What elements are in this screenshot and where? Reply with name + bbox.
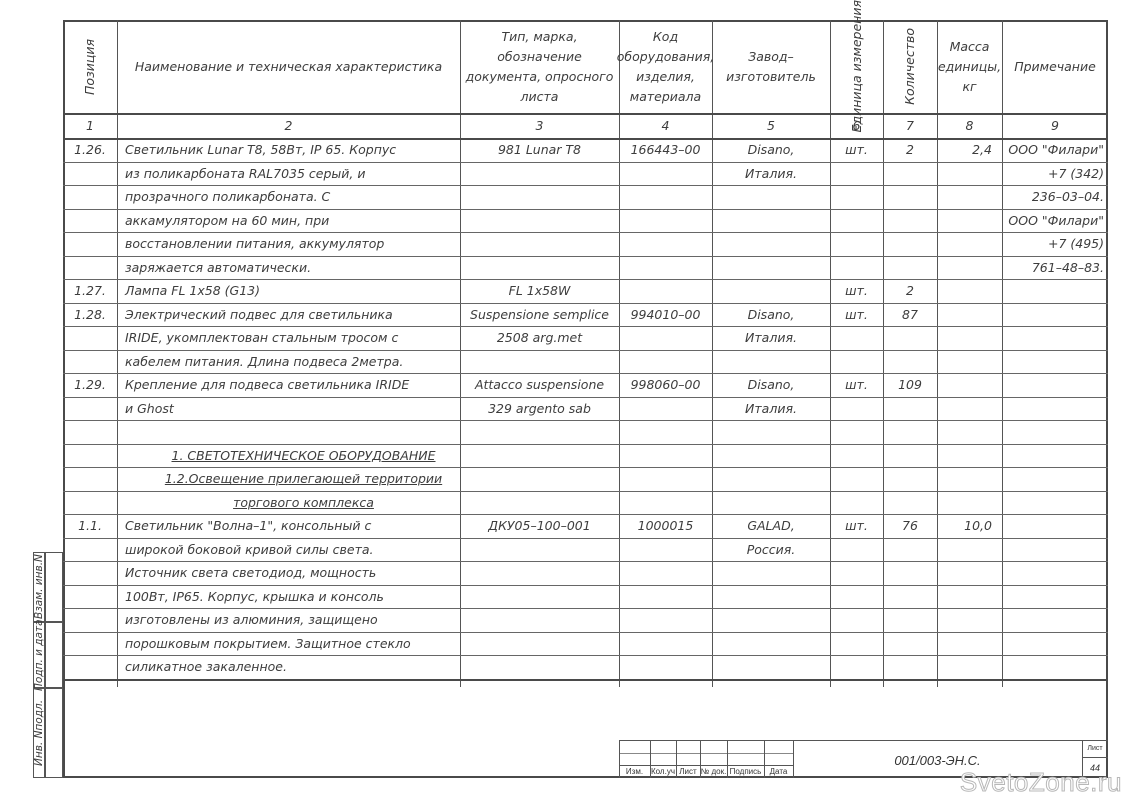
cell-name: 1. СВЕТОТЕХНИЧЕСКОЕ ОБОРУДОВАНИЕ	[117, 444, 460, 468]
side-stamp-value-box	[45, 622, 63, 688]
cell-note: ООО "Филари"	[1002, 209, 1108, 233]
cell-maker: Италия.	[712, 397, 830, 421]
cell-name: Источник света светодиод, мощность	[117, 561, 460, 585]
side-stamp-label: Инв. Nподл.	[33, 688, 45, 778]
cell-type: Suspensione semplice	[460, 303, 619, 327]
column-number: 5	[712, 113, 830, 138]
column-number: 3	[460, 113, 619, 138]
cell-type: 2508 arg.met	[460, 326, 619, 350]
cell-pos: 1.1.	[63, 514, 117, 538]
revision-column-label: Изм.	[619, 765, 650, 778]
revision-column-label: Подпись	[727, 765, 764, 778]
column-header-unit: Единица измерения	[830, 20, 883, 113]
cell-name: Лампа FL 1x58 (G13)	[117, 279, 460, 303]
cell-qty: 2	[883, 138, 937, 162]
column-header-label: Количество	[900, 28, 920, 105]
cell-name: широкой боковой кривой силы света.	[117, 538, 460, 562]
revision-column-label: Кол.уч	[650, 765, 676, 778]
cell-unit: шт.	[830, 514, 883, 538]
cell-maker: Disano,	[712, 303, 830, 327]
column-header-label: Масса единицы, кг	[938, 37, 1001, 97]
row-divider	[63, 420, 1108, 421]
cell-mass: 2,4	[937, 138, 1002, 162]
cell-name: из поликарбоната RAL7035 серый, и	[117, 162, 460, 186]
side-stamp-value-box	[45, 552, 63, 622]
cell-maker: Disano,	[712, 373, 830, 397]
row-divider	[63, 679, 1108, 681]
cell-unit: шт.	[830, 279, 883, 303]
cell-name: 100Вт, IP65. Корпус, крышка и консоль	[117, 585, 460, 609]
cell-name: восстановлении питания, аккумулятор	[117, 232, 460, 256]
column-number: 4	[619, 113, 712, 138]
cell-qty: 109	[883, 373, 937, 397]
cell-maker: Италия.	[712, 326, 830, 350]
cell-name: IRIDE, укомплектован стальным тросом с	[117, 326, 460, 350]
column-number: 7	[883, 113, 937, 138]
cell-name: кабелем питания. Длина подвеса 2метра.	[117, 350, 460, 374]
cell-unit: шт.	[830, 303, 883, 327]
column-number: 8	[937, 113, 1002, 138]
cell-pos: 1.28.	[63, 303, 117, 327]
cell-name: аккамулятором на 60 мин, при	[117, 209, 460, 233]
cell-type: 329 argento sab	[460, 397, 619, 421]
cell-code: 1000015	[619, 514, 712, 538]
cell-name: 1.2.Освещение прилегающей территории	[117, 467, 460, 491]
section-heading: 1.2.Освещение прилегающей территории	[165, 470, 442, 487]
column-header-label: Тип, марка, обозначение документа, опрос…	[463, 27, 616, 107]
cell-type: FL 1x58W	[460, 279, 619, 303]
cell-maker: GALAD,	[712, 514, 830, 538]
cell-type: 981 Lunar T8	[460, 138, 619, 162]
cell-pos: 1.26.	[63, 138, 117, 162]
cell-maker: Италия.	[712, 162, 830, 186]
cell-type: Attacco suspensione	[460, 373, 619, 397]
column-number: 2	[117, 113, 460, 138]
cell-name: изготовлены из алюминия, защищено	[117, 608, 460, 632]
cell-name: заряжается автоматически.	[117, 256, 460, 280]
column-header-mass: Масса единицы, кг	[937, 20, 1002, 113]
cell-qty: 76	[883, 514, 937, 538]
cell-name: Светильник Lunar T8, 58Вт, IP 65. Корпус	[117, 138, 460, 162]
cell-name: порошковым покрытием. Защитное стекло	[117, 632, 460, 656]
revision-column-label: Дата	[764, 765, 793, 778]
column-header-label: Позиция	[80, 39, 100, 95]
column-header-name: Наименование и техническая характеристик…	[117, 20, 460, 113]
section-heading: торгового комплекса	[233, 494, 374, 511]
side-stamp-value-box	[45, 688, 63, 778]
column-header-label: Примечание	[1014, 57, 1096, 77]
cell-note: 761–48–83.	[1002, 256, 1108, 280]
column-header-maker: Завод– изготовитель	[712, 20, 830, 113]
revision-column-label: Лист	[676, 765, 700, 778]
cell-name: силикатное закаленное.	[117, 655, 460, 679]
cell-name: прозрачного поликарбоната. С	[117, 185, 460, 209]
column-header-note: Примечание	[1002, 20, 1108, 113]
column-header-label: Завод– изготовитель	[715, 47, 827, 87]
cell-code: 994010–00	[619, 303, 712, 327]
cell-name: Светильник "Волна–1", консольный с	[117, 514, 460, 538]
section-heading: 1. СВЕТОТЕХНИЧЕСКОЕ ОБОРУДОВАНИЕ	[172, 447, 436, 464]
side-stamp-label: Взам. инв.N	[33, 552, 45, 622]
column-header-pos: Позиция	[63, 20, 117, 113]
cell-note: 236–03–04.	[1002, 185, 1108, 209]
watermark: SvetoZone.ru	[960, 767, 1122, 798]
cell-name: Электрический подвес для светильника	[117, 303, 460, 327]
cell-unit: шт.	[830, 138, 883, 162]
cell-maker: Disano,	[712, 138, 830, 162]
cell-pos: 1.27.	[63, 279, 117, 303]
cell-note: +7 (342)	[1002, 162, 1108, 186]
cell-mass: 10,0	[937, 514, 1002, 538]
column-header-label: Наименование и техническая характеристик…	[135, 57, 442, 77]
sheet-label: Лист	[1082, 740, 1108, 757]
cell-qty: 87	[883, 303, 937, 327]
column-number: 9	[1002, 113, 1108, 138]
column-header-type: Тип, марка, обозначение документа, опрос…	[460, 20, 619, 113]
column-header-code: Код оборудования, изделия, материала	[619, 20, 712, 113]
cell-pos: 1.29.	[63, 373, 117, 397]
cell-code: 166443–00	[619, 138, 712, 162]
column-header-qty: Количество	[883, 20, 937, 113]
side-stamp-label: Подп. и дата	[33, 622, 45, 688]
cell-code: 998060–00	[619, 373, 712, 397]
cell-maker: Россия.	[712, 538, 830, 562]
column-number: 6	[830, 113, 883, 138]
cell-note: ООО "Филари"	[1002, 138, 1108, 162]
cell-qty: 2	[883, 279, 937, 303]
cell-unit: шт.	[830, 373, 883, 397]
title-block-line	[619, 753, 793, 754]
cell-note: +7 (495)	[1002, 232, 1108, 256]
cell-name: и Ghost	[117, 397, 460, 421]
cell-name: торгового комплекса	[117, 491, 460, 515]
revision-column-label: № док.	[700, 765, 727, 778]
column-number: 1	[63, 113, 117, 138]
cell-name: Крепление для подвеса светильника IRIDE	[117, 373, 460, 397]
cell-type: ДКУ05–100–001	[460, 514, 619, 538]
title-block-line	[619, 740, 1108, 741]
column-header-label: Код оборудования, изделия, материала	[617, 27, 714, 107]
